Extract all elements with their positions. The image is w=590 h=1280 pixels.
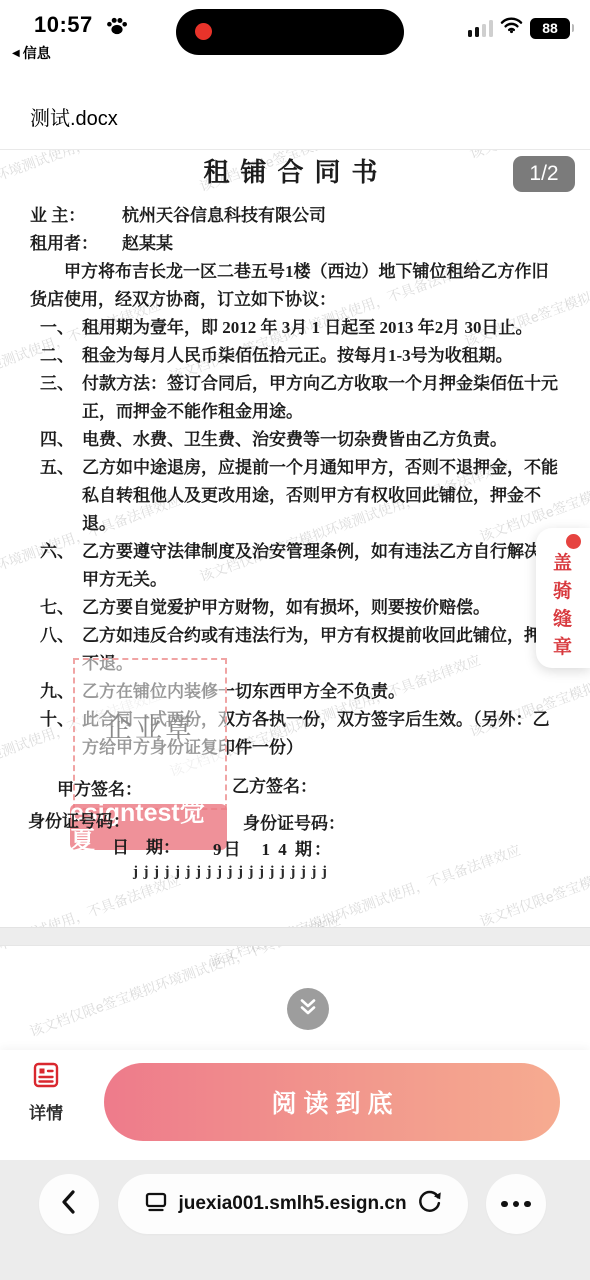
details-button[interactable]: 详情	[22, 1060, 70, 1124]
filler-characters: jjjjjjjjjjjjjjjjjjj	[133, 858, 332, 886]
back-to-app-label: 信息	[23, 43, 51, 63]
details-label: 详情	[29, 1104, 63, 1123]
battery-icon: 88	[530, 18, 574, 39]
paging-seal-label: 盖骑缝章	[553, 550, 574, 662]
browser-bottom-nav: juexia001.smlh5.esign.cn	[0, 1160, 590, 1280]
nav-more-button[interactable]	[486, 1174, 546, 1234]
party-a-sign-label: 甲方签名：	[57, 776, 142, 804]
double-chevron-down-icon	[297, 996, 319, 1023]
clause: 五、乙方如中途退房，应提前一个月通知甲方，否则不退押金，不能私自转租他人及更改用…	[30, 454, 562, 538]
chevron-left-icon	[57, 1187, 81, 1222]
scroll-to-bottom-button[interactable]	[287, 988, 329, 1030]
paging-seal-button[interactable]: 盖骑缝章	[536, 528, 590, 668]
url-text: juexia001.smlh5.esign.cn	[178, 1193, 406, 1215]
party-b-sign-label: 乙方签名：	[232, 773, 317, 801]
webpage-icon	[144, 1190, 168, 1219]
clause: 三、付款方法：签订合同后，甲方向乙方收取一个月押金柒佰伍十元正，而押金不能作租金…	[30, 370, 562, 426]
clause: 四、电费、水费、卫生费、治安费等一切杂费皆由乙方负责。	[30, 426, 562, 454]
action-bar: 详情 阅读到底	[0, 1050, 590, 1160]
party-label: 租用者：	[30, 230, 122, 258]
read-to-bottom-button[interactable]: 阅读到底	[104, 1063, 560, 1141]
signature-block: 企业章 esigntest觉夏 甲方签名： 乙方签名： 身份证号码： 身份证号码…	[0, 768, 590, 928]
cellular-signal-icon	[468, 20, 494, 37]
clause: 七、乙方要自觉爱护甲方财物，如有损坏，则要按价赔偿。	[30, 594, 562, 622]
recording-indicator-dot	[195, 23, 212, 40]
enterprise-seal-label: 企业章	[105, 714, 195, 742]
contract-title: 租铺合同书	[30, 156, 562, 190]
document-viewport[interactable]: 该文档仅限e签宝模拟环境测试使用，不具备法律效应 该文档仅限e签宝模拟环境测试使…	[0, 150, 590, 1050]
party-value: 赵某某	[122, 230, 173, 258]
read-to-bottom-label: 阅读到底	[264, 1084, 399, 1120]
party-a-id-label: 身份证号码：	[28, 808, 130, 836]
back-to-app[interactable]: ◀ 信息	[12, 43, 51, 63]
ellipsis-icon	[501, 1201, 531, 1208]
status-bar: 10:57 ◀ 信息 88	[0, 0, 590, 60]
party-label: 业 主：	[30, 202, 122, 230]
paw-icon	[106, 16, 128, 41]
party-row: 业 主： 杭州天谷信息科技有限公司	[30, 202, 562, 230]
contract-page-1: 租铺合同书 业 主： 杭州天谷信息科技有限公司 租用者： 赵某某 甲方将布吉长龙…	[0, 150, 590, 928]
page-indicator-badge: 1/2	[513, 156, 575, 192]
notification-dot	[566, 534, 581, 549]
url-bar[interactable]: juexia001.smlh5.esign.cn	[118, 1174, 468, 1234]
reload-icon[interactable]	[417, 1189, 442, 1219]
dynamic-island	[176, 9, 404, 55]
party-value: 杭州天谷信息科技有限公司	[122, 202, 326, 230]
file-name: 测试.docx	[30, 102, 118, 131]
page-divider	[0, 927, 590, 946]
clause: 六、乙方要遵守法律制度及治安管理条例，如有违法乙方自行解决与甲方无关。	[30, 538, 562, 594]
wifi-icon	[500, 17, 523, 39]
clause: 二、租金为每月人民币柒佰伍拾元正。按每月1-3号为收租期。	[30, 342, 562, 370]
contract-intro: 甲方将布吉长龙一区二巷五号1楼（西边）地下铺位租给乙方作旧货店使用，经双方协商，…	[30, 258, 562, 314]
back-to-app-arrow: ◀	[12, 48, 20, 59]
party-row: 租用者： 赵某某	[30, 230, 562, 258]
document-details-icon	[22, 1060, 70, 1095]
file-header: 测试.docx	[0, 60, 590, 150]
battery-percent: 88	[530, 18, 570, 39]
status-time: 10:57	[34, 12, 93, 38]
party-b-id-label: 身份证号码：	[243, 810, 345, 838]
nav-back-button[interactable]	[39, 1174, 99, 1234]
clause: 一、租用期为壹年，即 2012 年 3月 1 日起至 2013 年2月 30日止…	[30, 314, 562, 342]
